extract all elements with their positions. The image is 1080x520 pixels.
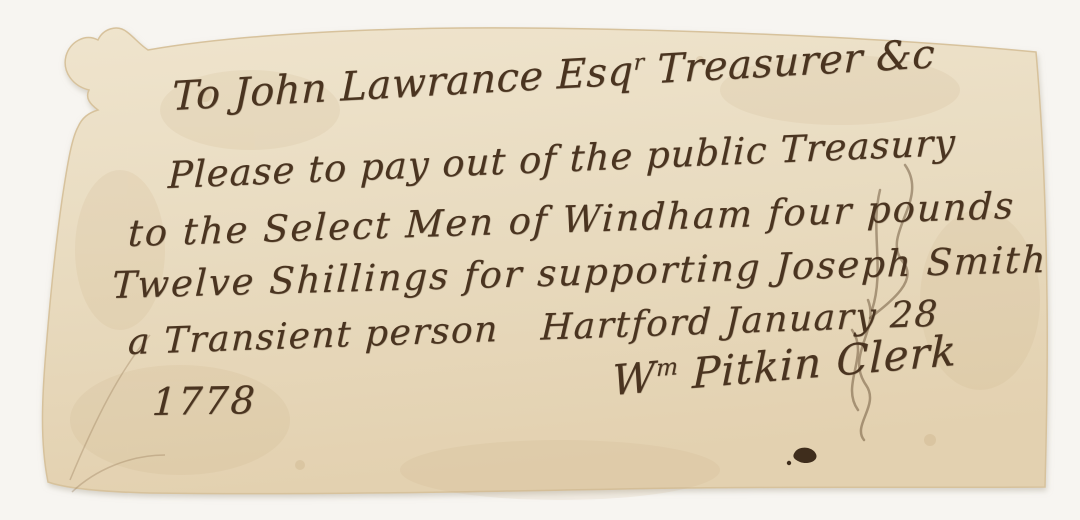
signature-pre: W [612, 352, 657, 405]
line-gap [498, 340, 540, 341]
scanned-document-photo: To John Lawrance Esqr Treasurer &c Pleas… [0, 0, 1080, 520]
signature-superscript: m [656, 354, 678, 382]
line1-superscript: r [633, 50, 644, 76]
handwriting-year: 1778 [151, 378, 258, 424]
